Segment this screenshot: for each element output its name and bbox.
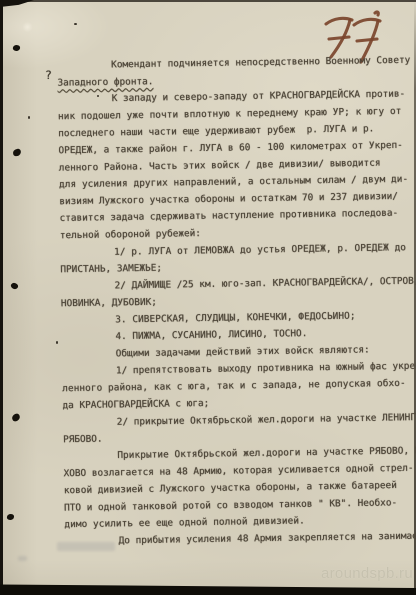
scanned-document-page: ? Комендант подчиняется непосредственно …: [0, 0, 416, 595]
ink-speck: [56, 341, 58, 344]
typewritten-text-block: Комендант подчиняется непосредственно Во…: [0, 52, 416, 551]
scan-edge-bottom: [0, 583, 416, 595]
faint-smudge: [18, 556, 27, 561]
faint-smudge: [57, 542, 115, 551]
ink-speck: [97, 95, 99, 97]
paper-flaw-spot: [22, 22, 33, 32]
ink-speck: [28, 116, 30, 119]
ink-blob: [12, 44, 20, 52]
watermark: aroundspb.ru: [321, 565, 413, 582]
scan-corner-top-left: [0, 0, 34, 7]
scan-edge-top: [0, 0, 416, 2]
ink-speck: [74, 23, 77, 25]
